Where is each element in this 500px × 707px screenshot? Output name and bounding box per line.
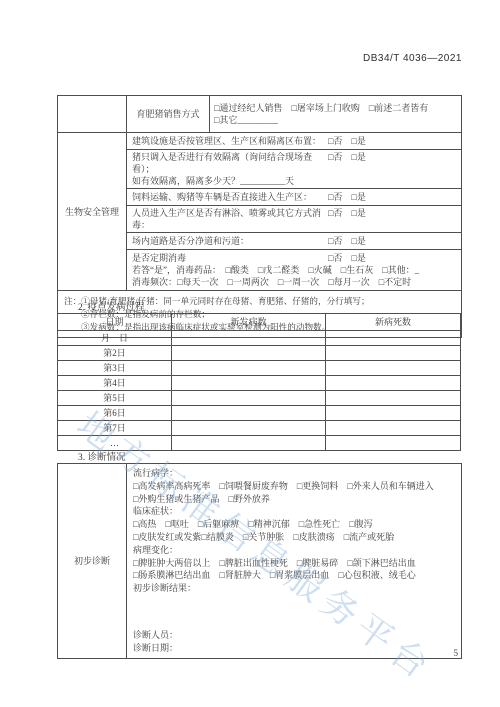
new-cases-cell [172, 391, 326, 406]
new-deaths-cell [326, 421, 461, 436]
clinical-signs-options: □高热 □呕吐 □后躯麻痹 □精神沉郁 □急性死亡 □腹泻 [133, 518, 455, 531]
pathology-label: 病理变化： [133, 544, 455, 557]
yes-no-checkboxes: □否 □是 [328, 135, 428, 147]
question-text: 场内道路是否分净道和污道： [132, 235, 328, 247]
new-deaths-cell [326, 331, 461, 346]
new-deaths-cell [326, 436, 461, 451]
diagnosis-content: 流行病学： □高发病率高病死率 □饲喂餐厨废弃物 □更换饲料 □外来人员和车辆进… [127, 464, 462, 659]
section2-heading: 2. 疫点发病过程 [78, 299, 145, 313]
disinfect-frequency-options: 消毒频次：□每天一次 □一周两次 □一周一次 □每月一次 □不定时 [132, 276, 456, 288]
table-row: 第7日 [58, 421, 461, 436]
pathology-options: □肠系膜淋巴结出血 □肾脏肿大 □胃浆膜层出血 □心包积液、绒毛心 [133, 569, 455, 582]
epidemiology-options: □外购生猪或生猪产品 □野外放养 [133, 493, 455, 506]
date-cell: 第7日 [58, 421, 172, 436]
page-number: 5 [454, 648, 459, 658]
diagnosis-table: 初步诊断 流行病学： □高发病率高病死率 □饲喂餐厨废弃物 □更换饲料 □外来人… [57, 463, 462, 659]
new-cases-cell [172, 361, 326, 376]
col-header-date: 日期 [58, 314, 172, 331]
question-text: 猪只调入是否进行有效隔离（询问结合现场查看）； [132, 151, 328, 175]
question-text: 饲料运输、购猪等车辆是否直接进入生产区： [132, 191, 328, 203]
question-text: 人员进入生产区是否有淋浴、喷雾或其它方式消毒： [132, 207, 328, 231]
date-cell: 月 日 [58, 331, 172, 346]
category-label: 生物安全管理 [58, 133, 127, 291]
new-cases-cell [172, 346, 326, 361]
date-cell: 第6日 [58, 406, 172, 421]
standard-code: DB34/T 4036—2021 [363, 53, 462, 64]
table-row: 育肥猪销售方式 □通过经纪人销售 □屠宰场上门收购 □前述二者皆有 □其它___… [58, 96, 462, 133]
new-cases-cell [172, 421, 326, 436]
new-deaths-cell [326, 406, 461, 421]
table-row: 生物安全管理 建筑设施是否按管理区、生产区和隔离区布置： □否 □是 [58, 133, 462, 150]
question-cell: 是否定期消毒 □否 □是 若答“是”，消毒药品： □酸类 □戊二醛类 □火碱 □… [127, 250, 462, 291]
table-header-row: 日期 新发病数 新病死数 [58, 314, 461, 331]
diagnoser-label: 诊断人员： [133, 629, 455, 642]
new-cases-cell [172, 331, 326, 346]
table-row: 第4日 [58, 376, 461, 391]
new-deaths-cell [326, 376, 461, 391]
question-cell: 饲料运输、购猪等车辆是否直接进入生产区： □否 □是 [127, 189, 462, 206]
date-cell: 第3日 [58, 361, 172, 376]
sale-method-label: 育肥猪销售方式 [127, 96, 210, 133]
date-cell: 第4日 [58, 376, 172, 391]
col-header-new-cases: 新发病数 [172, 314, 326, 331]
category-cell-empty [58, 96, 127, 133]
yes-no-checkboxes: □否 □是 [328, 207, 428, 219]
new-cases-cell [172, 376, 326, 391]
sale-options-line2: □其它_________ [214, 114, 457, 126]
date-cell: 第5日 [58, 391, 172, 406]
col-header-new-deaths: 新病死数 [326, 314, 461, 331]
question-subtext: 如有效隔离，隔离多少天？__________天 [132, 175, 456, 187]
epidemiology-label: 流行病学： [133, 467, 455, 480]
disinfectant-options: 若答“是”，消毒药品： □酸类 □戊二醛类 □火碱 □生石灰 □其他：_ [132, 264, 456, 276]
table-row: 初步诊断 流行病学： □高发病率高病死率 □饲喂餐厨废弃物 □更换饲料 □外来人… [58, 464, 462, 659]
section3-heading: 3. 诊断情况 [78, 449, 126, 463]
table-row: 第2日 [58, 346, 461, 361]
preliminary-result-label: 初步诊断结果： [133, 582, 455, 595]
question-cell: 猪只调入是否进行有效隔离（询问结合现场查看）； □否 □是 如有效隔离，隔离多少… [127, 150, 462, 189]
diagnosis-category-label: 初步诊断 [58, 464, 127, 659]
question-cell: 场内道路是否分净道和污道： □否 □是 [127, 233, 462, 250]
yes-no-checkboxes: □否 □是 [328, 151, 428, 163]
new-deaths-cell [326, 346, 461, 361]
sale-method-options: □通过经纪人销售 □屠宰场上门收购 □前述二者皆有 □其它_________ [210, 96, 462, 133]
table-row: 第3日 [58, 361, 461, 376]
document-page: DB34/T 4036—2021 地方标准信息服务平台 育肥猪销售方式 □通过经… [0, 0, 500, 707]
clinical-signs-options: □皮肤发红或发紫□结膜炎 □关节肿胀 □皮肤溃疡 □流产或死胎 [133, 531, 455, 544]
outbreak-course-table: 日期 新发病数 新病死数 月 日 第2日 第3日 第4日 第5日 第6日 第7日… [57, 313, 461, 451]
sale-options-line1: □通过经纪人销售 □屠宰场上门收购 □前述二者皆有 [214, 102, 457, 114]
table-row: 第5日 [58, 391, 461, 406]
new-cases-cell [172, 406, 326, 421]
epidemiology-options: □高发病率高病死率 □饲喂餐厨废弃物 □更换饲料 □外来人员和车辆进入 [133, 480, 455, 493]
new-cases-cell [172, 436, 326, 451]
new-deaths-cell [326, 361, 461, 376]
question-text: 建筑设施是否按管理区、生产区和隔离区布置： [132, 135, 328, 147]
question-text: 是否定期消毒 [132, 252, 328, 264]
date-cell: 第2日 [58, 346, 172, 361]
table-row: 第6日 [58, 406, 461, 421]
yes-no-checkboxes: □否 □是 [328, 252, 428, 264]
question-cell: 建筑设施是否按管理区、生产区和隔离区布置： □否 □是 [127, 133, 462, 150]
diagnosis-date-label: 诊断日期： [133, 642, 455, 655]
clinical-signs-label: 临床症状： [133, 505, 455, 518]
question-cell: 人员进入生产区是否有淋浴、喷雾或其它方式消毒： □否 □是 [127, 206, 462, 233]
pathology-options: □脾脏肿大两倍以上 □脾脏出血性梗死 □脾脏易碎 □颌下淋巴结出血 [133, 557, 455, 570]
new-deaths-cell [326, 391, 461, 406]
table-row: 月 日 [58, 331, 461, 346]
yes-no-checkboxes: □否 □是 [328, 191, 428, 203]
yes-no-checkboxes: □否 □是 [328, 235, 428, 247]
